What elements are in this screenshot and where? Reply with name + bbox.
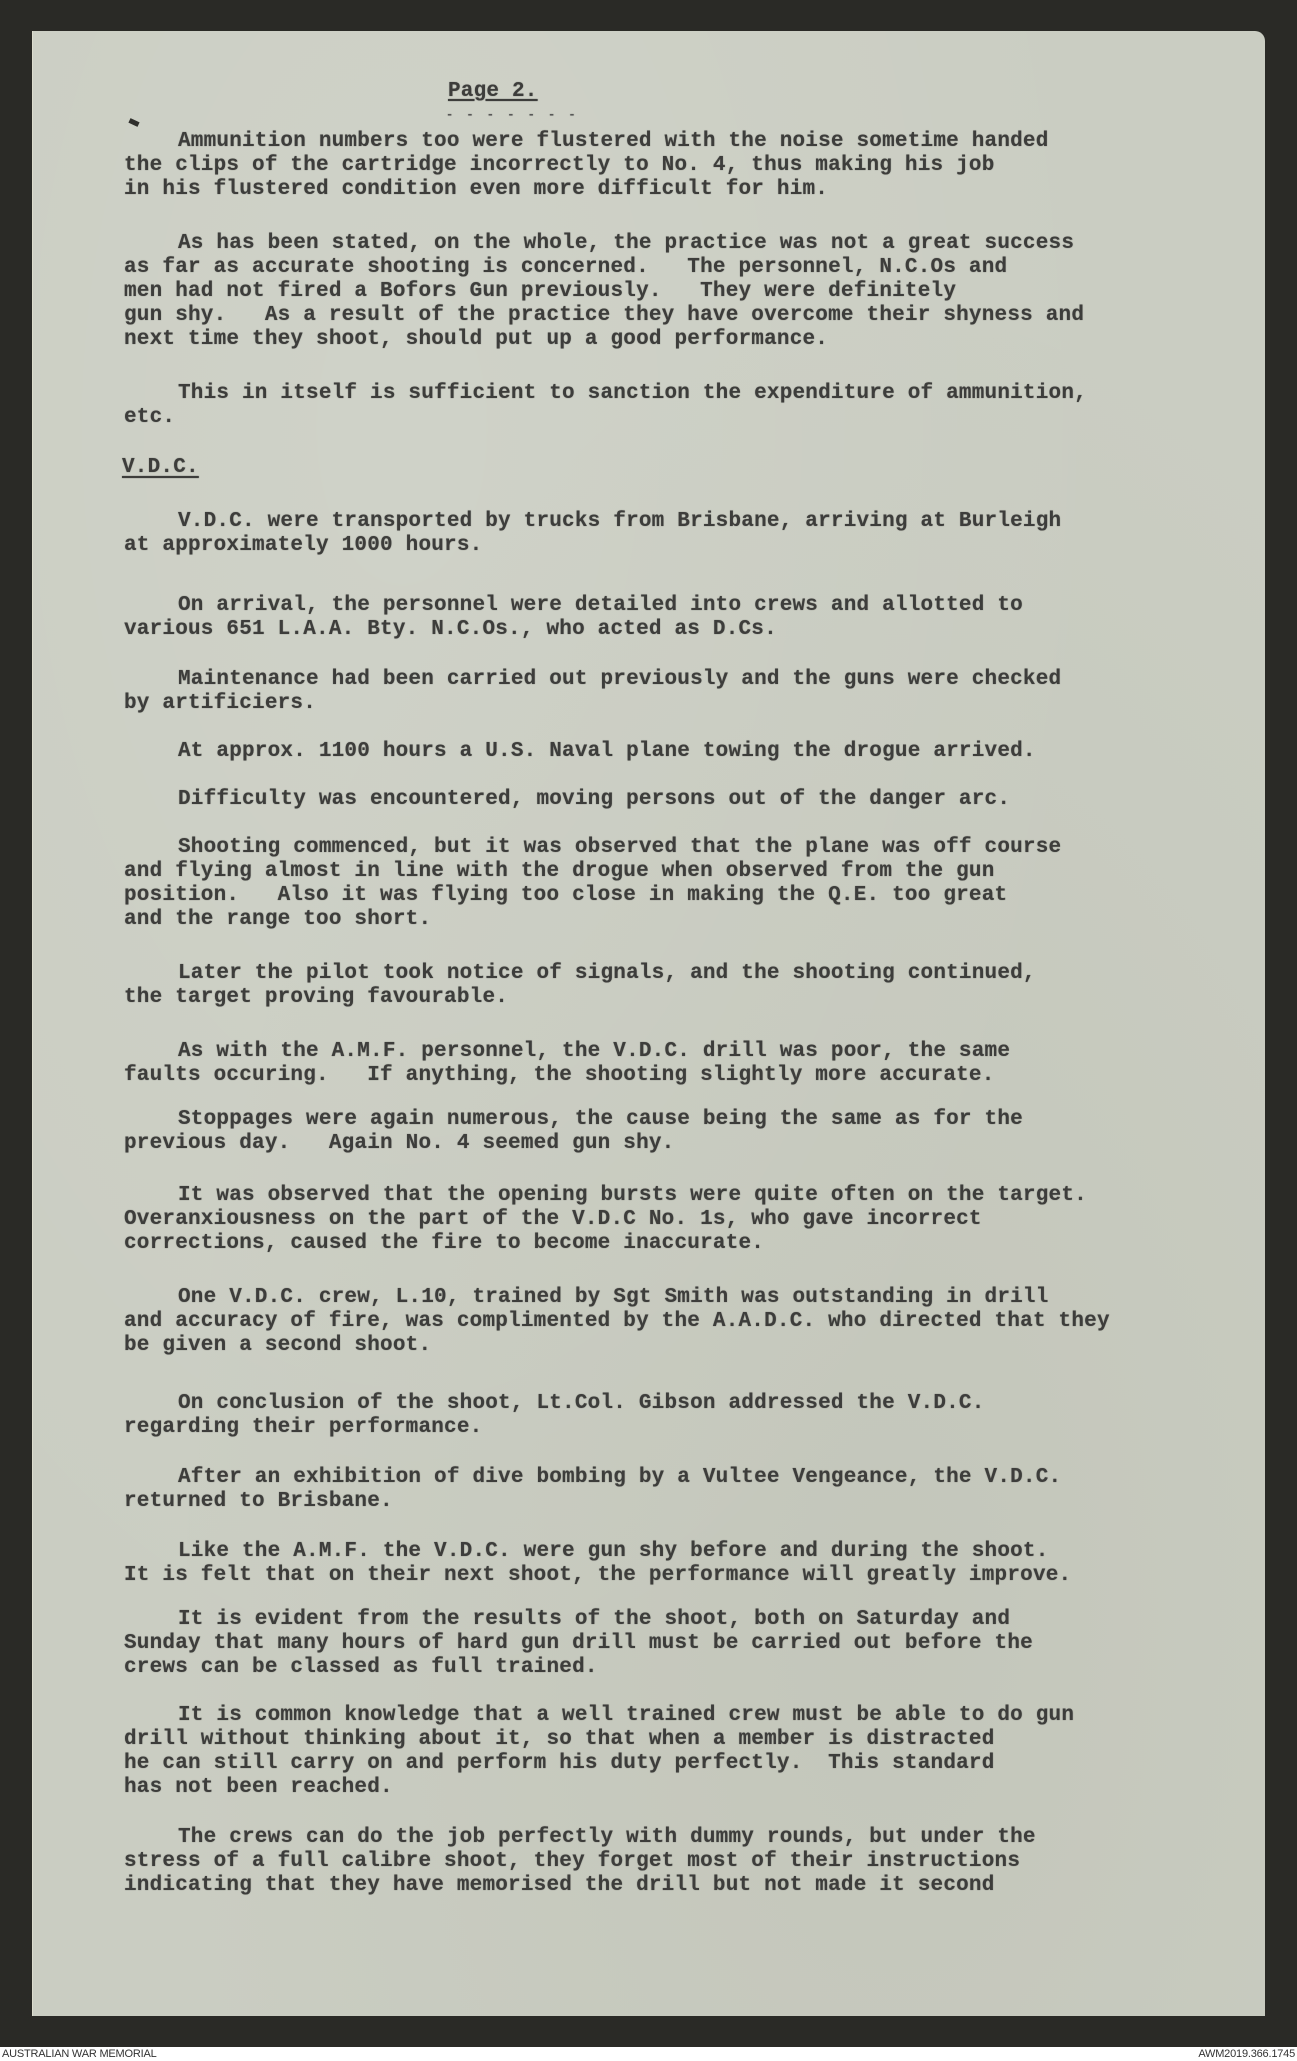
- paragraph-3-line-1: This in itself is sufficient to sanction…: [178, 382, 1087, 405]
- vdc-paragraph-4-line-1: At approx. 1100 hours a U.S. Naval plane…: [178, 740, 1036, 763]
- paragraph-2-line-4: gun shy. As a result of the practice the…: [124, 304, 1084, 327]
- paragraph-2-line-2: as far as accurate shooting is concerned…: [124, 256, 1007, 279]
- vdc-paragraph-12-line-2: regarding their performance.: [124, 1416, 482, 1439]
- footer-accession-number: AWM2019.366.1745: [1198, 2047, 1295, 2061]
- vdc-paragraph-14-line-1: Like the A.M.F. the V.D.C. were gun shy …: [178, 1540, 1049, 1563]
- vdc-paragraph-6-line-4: and the range too short.: [124, 908, 431, 931]
- vdc-paragraph-11-line-1: One V.D.C. crew, L.10, trained by Sgt Sm…: [178, 1286, 1049, 1309]
- vdc-paragraph-8-line-1: As with the A.M.F. personnel, the V.D.C.…: [178, 1040, 1010, 1063]
- vdc-paragraph-7-line-2: the target proving favourable.: [124, 986, 508, 1009]
- vdc-paragraph-1-line-1: V.D.C. were transported by trucks from B…: [178, 510, 1061, 533]
- vdc-paragraph-15-line-1: It is evident from the results of the sh…: [178, 1608, 1010, 1631]
- vdc-paragraph-17-line-2: stress of a full calibre shoot, they for…: [124, 1850, 1020, 1873]
- document-text: Page 2. - - - - - - - Ammunition numbers…: [0, 0, 1297, 2061]
- vdc-paragraph-2-line-2: various 651 L.A.A. Bty. N.C.Os., who act…: [124, 618, 777, 641]
- vdc-paragraph-11-line-2: and accuracy of fire, was complimented b…: [124, 1310, 1110, 1333]
- vdc-paragraph-6-line-2: and flying almost in line with the drogu…: [124, 860, 995, 883]
- paragraph-3-line-2: etc.: [124, 406, 175, 429]
- paragraph-1-line-3: in his flustered condition even more dif…: [124, 178, 828, 201]
- vdc-paragraph-3-line-2: by artificiers.: [124, 692, 316, 715]
- paragraph-2-line-5: next time they shoot, should put up a go…: [124, 328, 828, 351]
- vdc-paragraph-6-line-1: Shooting commenced, but it was observed …: [178, 836, 1061, 859]
- vdc-paragraph-12-line-1: On conclusion of the shoot, Lt.Col. Gibs…: [178, 1392, 985, 1415]
- vdc-paragraph-9-line-1: Stoppages were again numerous, the cause…: [178, 1108, 1023, 1131]
- footer-institution: AUSTRALIAN WAR MEMORIAL: [2, 2047, 157, 2061]
- vdc-paragraph-3-line-1: Maintenance had been carried out previou…: [178, 668, 1061, 691]
- vdc-paragraph-17-line-1: The crews can do the job perfectly with …: [178, 1826, 1036, 1849]
- vdc-paragraph-16-line-4: has not been reached.: [124, 1776, 393, 1799]
- section-heading-vdc: V.D.C.: [122, 456, 199, 479]
- vdc-paragraph-9-line-2: previous day. Again No. 4 seemed gun shy…: [124, 1132, 675, 1155]
- vdc-paragraph-11-line-3: be given a second shoot.: [124, 1334, 431, 1357]
- vdc-paragraph-16-line-3: he can still carry on and perform his du…: [124, 1752, 995, 1775]
- vdc-paragraph-10-line-2: Overanxiousness on the part of the V.D.C…: [124, 1208, 982, 1231]
- paragraph-1-line-2: the clips of the cartridge incorrectly t…: [124, 154, 995, 177]
- vdc-paragraph-7-line-1: Later the pilot took notice of signals, …: [178, 962, 1036, 985]
- vdc-paragraph-5-line-1: Difficulty was encountered, moving perso…: [178, 788, 1010, 811]
- vdc-paragraph-17-line-3: indicating that they have memorised the …: [124, 1874, 995, 1897]
- paragraph-1-line-1: Ammunition numbers too were flustered wi…: [178, 130, 1049, 153]
- vdc-paragraph-16-line-2: drill without thinking about it, so that…: [124, 1728, 995, 1751]
- vdc-paragraph-2-line-1: On arrival, the personnel were detailed …: [178, 594, 1023, 617]
- vdc-paragraph-10-line-3: corrections, caused the fire to become i…: [124, 1232, 764, 1255]
- vdc-paragraph-8-line-2: faults occuring. If anything, the shooti…: [124, 1064, 995, 1087]
- vdc-paragraph-14-line-2: It is felt that on their next shoot, the…: [124, 1564, 1071, 1587]
- archive-footer: AUSTRALIAN WAR MEMORIAL AWM2019.366.1745: [0, 2047, 1297, 2061]
- vdc-paragraph-1-line-2: at approximately 1000 hours.: [124, 534, 482, 557]
- vdc-paragraph-15-line-3: crews can be classed as full trained.: [124, 1656, 598, 1679]
- vdc-paragraph-13-line-1: After an exhibition of dive bombing by a…: [178, 1466, 1061, 1489]
- paragraph-2-line-3: men had not fired a Bofors Gun previousl…: [124, 280, 956, 303]
- paragraph-2-line-1: As has been stated, on the whole, the pr…: [178, 232, 1074, 255]
- vdc-paragraph-10-line-1: It was observed that the opening bursts …: [178, 1184, 1087, 1207]
- vdc-paragraph-15-line-2: Sunday that many hours of hard gun drill…: [124, 1632, 1033, 1655]
- vdc-paragraph-13-line-2: returned to Brisbane.: [124, 1490, 393, 1513]
- vdc-paragraph-16-line-1: It is common knowledge that a well train…: [178, 1704, 1074, 1727]
- vdc-paragraph-6-line-3: position. Also it was flying too close i…: [124, 884, 1007, 907]
- page-title: Page 2.: [448, 80, 538, 103]
- page-title-dashes: - - - - - - -: [446, 108, 579, 122]
